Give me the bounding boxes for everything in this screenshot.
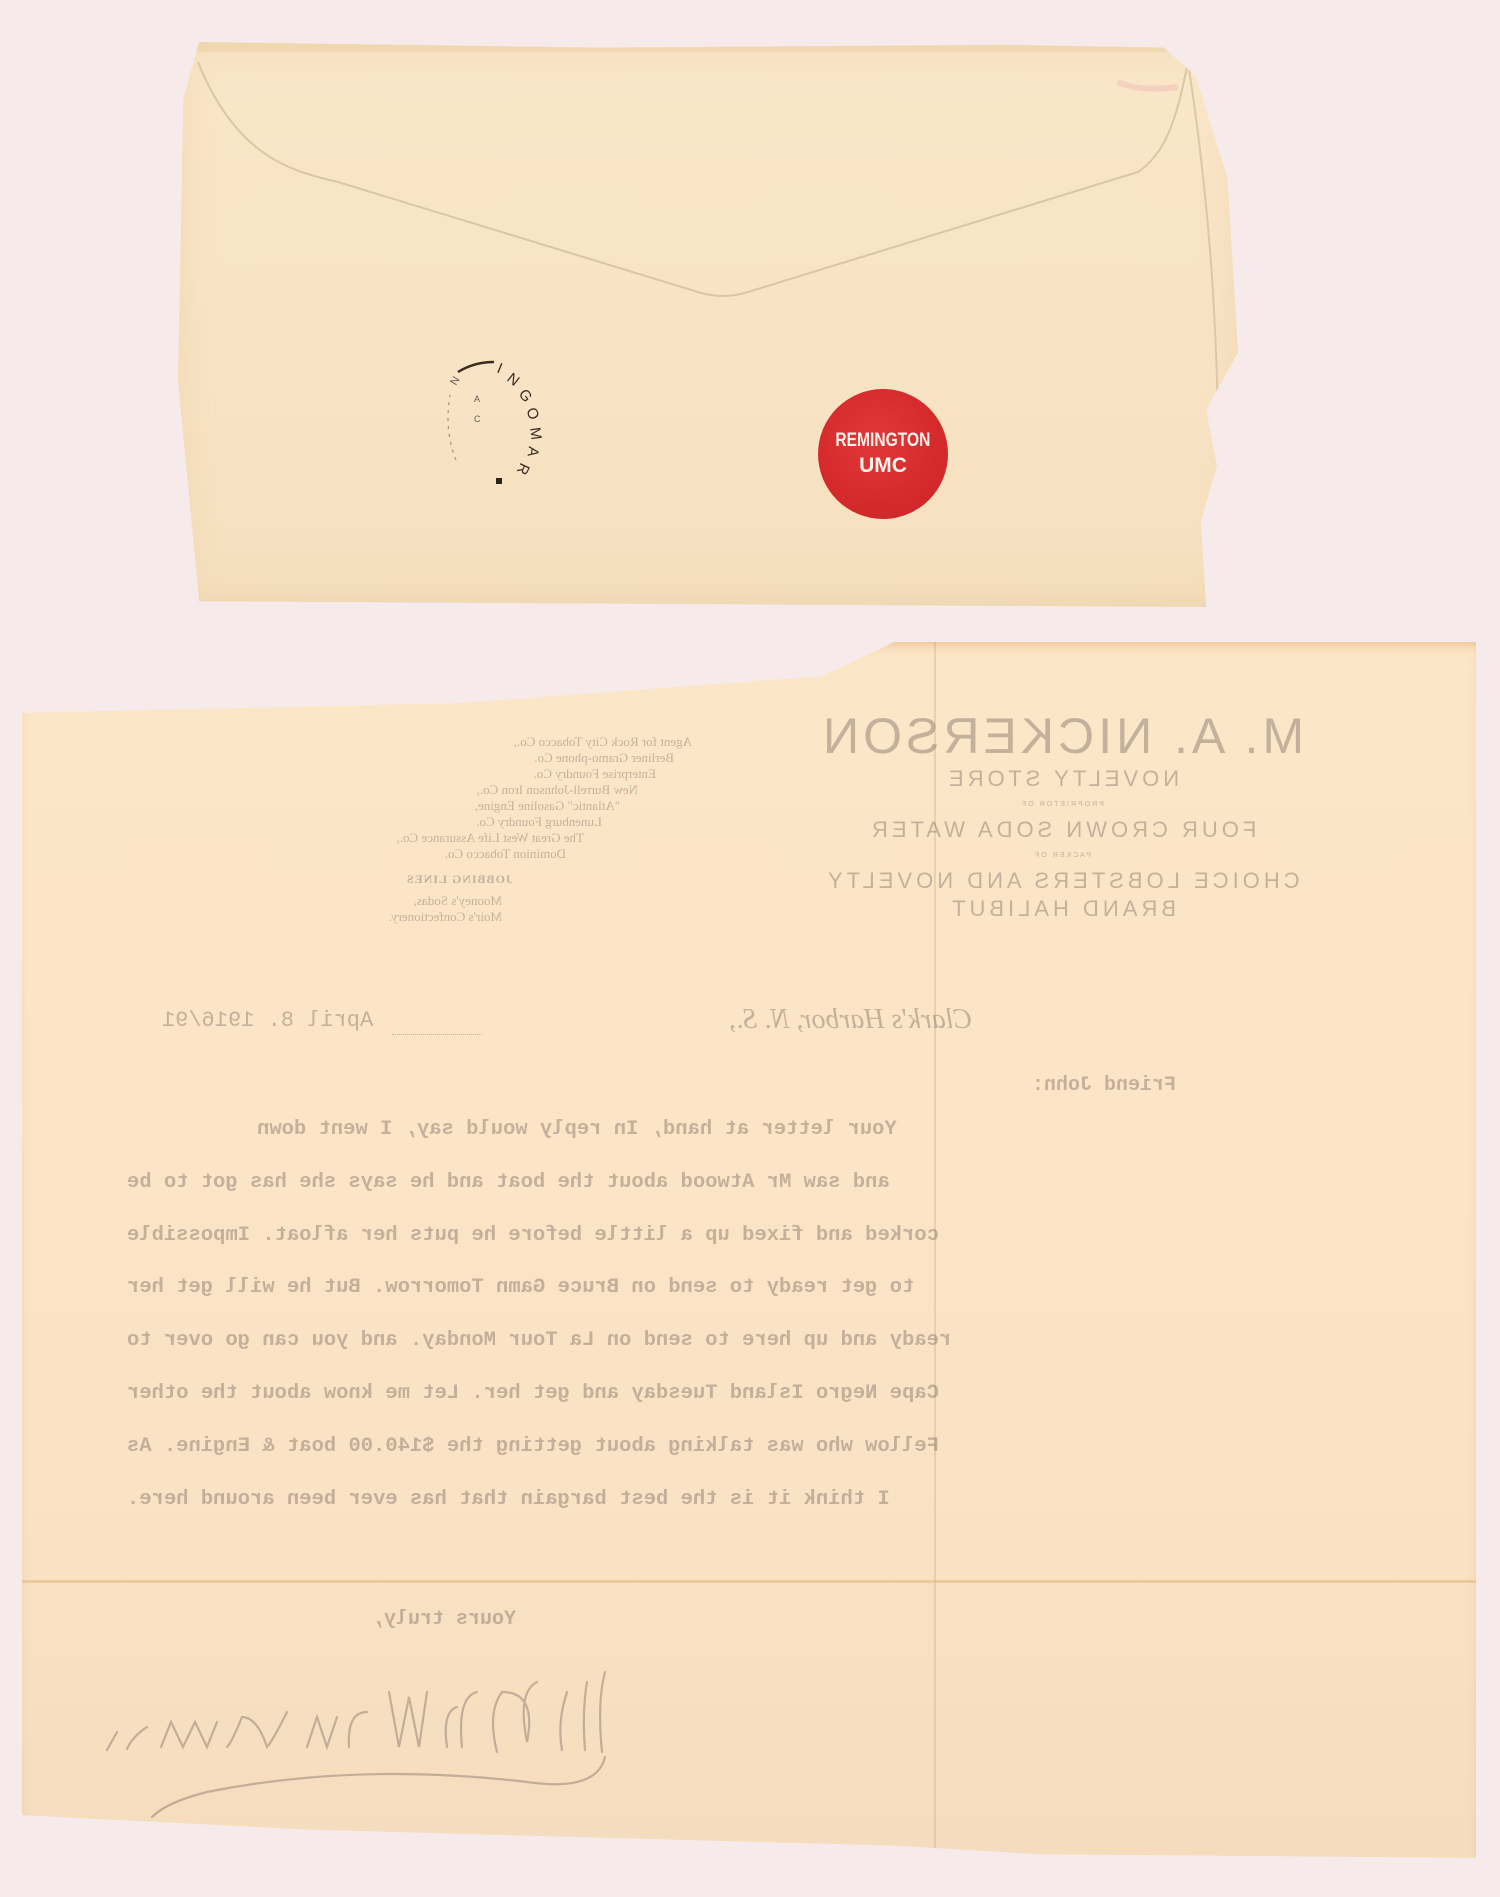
jobbing-lines-title: JOBBING LINES (172, 872, 692, 887)
seal-line-1: REMINGTON (836, 430, 931, 452)
agency-item: Dominion Tobacco Co. (172, 846, 692, 862)
place-of-writing: Clark's Harbor, N. S., (729, 1004, 972, 1036)
seal-line-2: UMC (859, 454, 907, 478)
agency-item: Berliner Gramo-phone Co. (172, 750, 692, 766)
svg-text:C: C (474, 414, 481, 424)
svg-text:M: M (526, 426, 545, 441)
dateline-rule (392, 1034, 482, 1035)
letter-body: Your letter at hand, In reply would say,… (127, 1104, 1302, 1526)
letterhead-small-1: PROPRIETOR OF (1020, 801, 1104, 808)
agency-item: Enterprise Foundry Co. (172, 766, 692, 782)
letterhead-line-3: CHOICE LOBSTERS AND NOVELTY (824, 867, 1300, 895)
remington-umc-seal: REMINGTON UMC (818, 389, 948, 519)
body-line: ready and up here to send on La Tour Mon… (127, 1315, 1302, 1368)
postmark-stamp: I N G O M A R A C N (436, 350, 566, 490)
svg-text:I: I (495, 360, 505, 377)
body-line: Cape Negro Island Tuesday and get her. L… (127, 1368, 1302, 1421)
letterhead-line-4: BRAND HALIBUT (948, 895, 1176, 923)
svg-text:R: R (513, 460, 533, 477)
agency-item: "Atlantic" Gasoline Engine, (172, 798, 692, 814)
letterhead-small-2: PACKER OF (1033, 852, 1091, 859)
envelope-back: I N G O M A R A C N REMINGTON UMC (178, 42, 1238, 607)
body-line: corked and fixed up a little before he p… (127, 1210, 1302, 1263)
letterhead-line-2: FOUR CROWN SODA WATER (868, 816, 1256, 844)
body-line: Fellow who was talking about getting the… (127, 1421, 1302, 1474)
body-line: Your letter at hand, In reply would say,… (127, 1104, 1302, 1157)
letter-sheet: M. A. NICKERSON NOVELTY STORE PROPRIETOR… (22, 642, 1476, 1864)
agency-item: Lunenburg Foundry Co. (172, 814, 692, 830)
svg-text:N: N (504, 370, 523, 390)
handwritten-signature (57, 1632, 627, 1822)
horizontal-fold-crease (22, 1580, 1476, 1583)
svg-text:A: A (524, 445, 542, 457)
salutation: Friend John: (1032, 1074, 1176, 1097)
letterhead-name: M. A. NICKERSON (819, 707, 1304, 765)
agency-item: Agent for Rock City Tobacco Co., (172, 734, 692, 750)
letterhead: M. A. NICKERSON NOVELTY STORE PROPRIETOR… (742, 707, 1382, 923)
agencies-block: Agent for Rock City Tobacco Co., Berline… (172, 734, 692, 925)
agencies-list: Agent for Rock City Tobacco Co., Berline… (172, 734, 692, 926)
closing: Yours truly, (372, 1608, 516, 1631)
svg-text:O: O (522, 405, 542, 422)
envelope-flap (178, 42, 1238, 607)
svg-text:G: G (515, 386, 536, 406)
letter-date: April 8. 1916/91 (162, 1008, 373, 1033)
letterhead-line-1: NOVELTY STORE (945, 765, 1179, 793)
jobbing-item: Moir's Confectionery. (172, 909, 692, 925)
body-line: to get ready to send on Bruce Gamn Tomor… (127, 1262, 1302, 1315)
body-line: I think it is the best bargain that has … (127, 1474, 1302, 1527)
body-line: and saw Mr Atwood about the boat and he … (127, 1157, 1302, 1210)
agency-item: New Burrell-Johnson Iron Co., (172, 782, 692, 798)
agency-item: The Great West Life Assurance Co., (172, 830, 692, 846)
jobbing-item: Mooney's Sodas, (172, 893, 692, 909)
svg-text:N: N (448, 375, 462, 388)
svg-text:A: A (474, 394, 480, 404)
